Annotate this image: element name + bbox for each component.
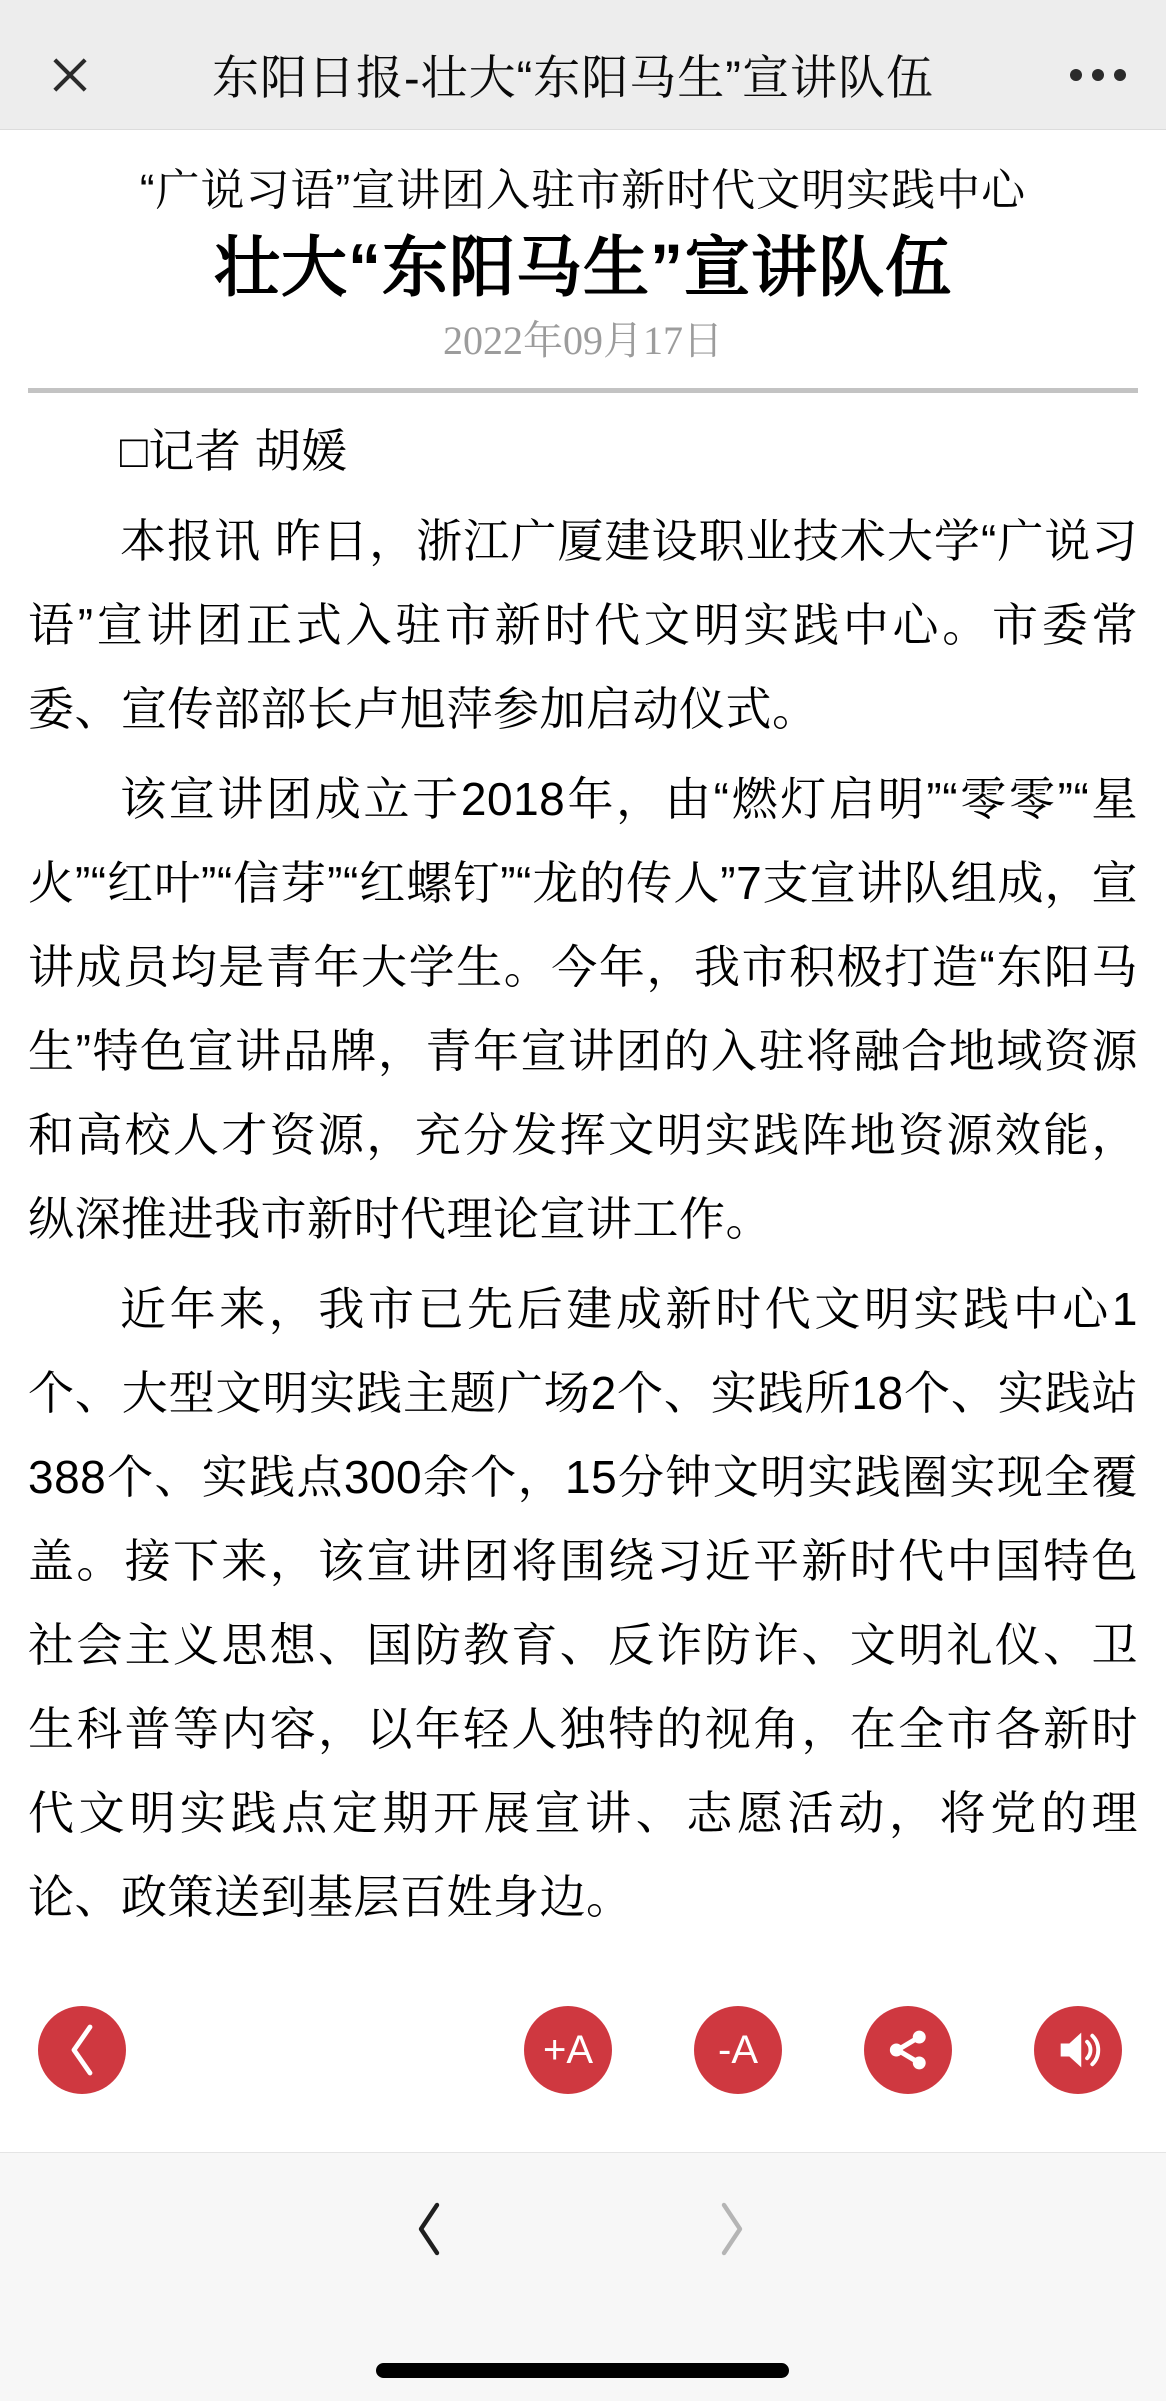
font-decrease-label: -A (718, 2030, 758, 2070)
reader-toolbar-group: +A -A (524, 2006, 1122, 2094)
webview-screen: 东阳日报-壮大“东阳马生”宣讲队伍 “广说习语”宣讲团入驻市新时代文明实践中心 … (0, 0, 1166, 2401)
share-button[interactable] (864, 2006, 952, 2094)
more-icon (1070, 69, 1126, 81)
page-title: 东阳日报-壮大“东阳马生”宣讲队伍 (116, 42, 934, 108)
article-paragraph: 本报讯 昨日，浙江广厦建设职业技术大学“广说习语”宣讲团正式入驻市新时代文明实践… (28, 499, 1138, 751)
article-paragraph: □记者 胡媛 (28, 409, 1138, 493)
chevron-left-icon (413, 2201, 443, 2257)
article-title: 壮大“东阳马生”宣讲队伍 (28, 228, 1138, 306)
article-header: “广说习语”宣讲团入驻市新时代文明实践中心 壮大“东阳马生”宣讲队伍 2022年… (0, 130, 1166, 364)
back-button[interactable] (38, 2006, 126, 2094)
article-kicker: “广说习语”宣讲团入驻市新时代文明实践中心 (28, 164, 1138, 218)
chevron-right-icon (718, 2201, 748, 2257)
webview-title-wrap: 东阳日报-壮大“东阳马生”宣讲队伍 (116, 42, 1050, 108)
article-paragraph: 近年来，我市已先后建成新时代文明实践中心1个、大型文明实践主题广场2个、实践所1… (28, 1267, 1138, 1939)
close-icon (44, 49, 96, 101)
more-menu-button[interactable] (1070, 69, 1126, 81)
share-icon (883, 2025, 933, 2075)
nav-forward-button[interactable] (703, 2193, 763, 2265)
article-body: □记者 胡媛本报讯 昨日，浙江广厦建设职业技术大学“广说习语”宣讲团正式入驻市新… (0, 393, 1166, 2006)
font-increase-label: +A (543, 2030, 593, 2070)
article-date: 2022年09月17日 (28, 318, 1138, 364)
font-increase-button[interactable]: +A (524, 2006, 612, 2094)
article-paragraph: 该宣讲团成立于2018年，由“燃灯启明”“零零”“星火”“红叶”“信芽”“红螺钉… (28, 757, 1138, 1261)
close-button[interactable] (44, 49, 96, 101)
nav-back-button[interactable] (398, 2193, 458, 2265)
speaker-icon (1052, 2024, 1104, 2076)
browser-navbar (0, 2152, 1166, 2401)
back-icon (67, 2022, 97, 2078)
article-view: “广说习语”宣讲团入驻市新时代文明实践中心 壮大“东阳马生”宣讲队伍 2022年… (0, 130, 1166, 2152)
reader-toolbar: +A -A (0, 2006, 1166, 2094)
audio-button[interactable] (1034, 2006, 1122, 2094)
home-indicator (376, 2363, 789, 2378)
font-decrease-button[interactable]: -A (694, 2006, 782, 2094)
webview-titlebar: 东阳日报-壮大“东阳马生”宣讲队伍 (0, 0, 1166, 130)
